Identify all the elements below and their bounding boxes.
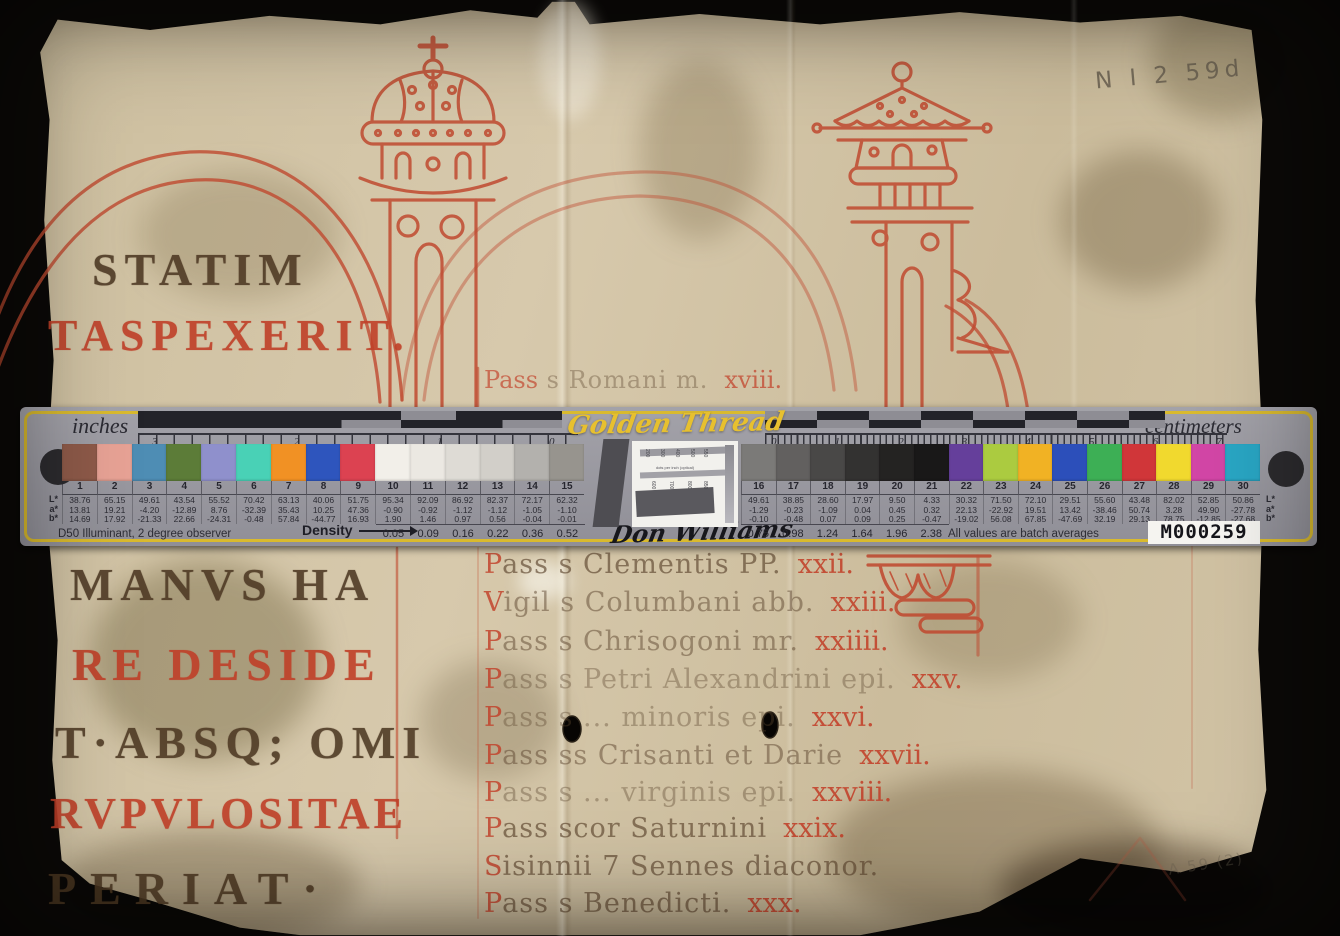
color-patch-cell: 2655.60-38.4632.19 <box>1087 444 1122 524</box>
calendar-entry: Pass s Clementis PP.xxii. <box>484 549 854 580</box>
patch-lab-value: 50.86 <box>1225 495 1260 505</box>
patch-number: 25 <box>1052 481 1087 495</box>
patch-lab-value: 22.13 <box>949 505 984 515</box>
inches-label: inches <box>72 413 128 439</box>
patch-lab-value: 56.08 <box>983 514 1018 524</box>
color-patch-19 <box>845 444 880 481</box>
patch-lab-value: -0.48 <box>236 514 271 524</box>
patch-lab-value: 32.19 <box>1087 514 1122 524</box>
patch-number: 5 <box>201 481 236 495</box>
color-patch-7 <box>271 444 306 481</box>
calibration-target-bar: inches centimeters 3210 01234567 Golden … <box>20 407 1317 546</box>
color-patch-cell: 2952.8549.90-12.85 <box>1191 444 1226 524</box>
color-patch-cell: 2529.5113.42-47.69 <box>1052 444 1087 524</box>
patch-lab-value: 10.25 <box>306 505 341 515</box>
color-patch-16 <box>741 444 776 481</box>
density-wedge-strip <box>765 411 1165 420</box>
dpi-label: 400 <box>674 449 680 457</box>
patch-number: 27 <box>1122 481 1157 495</box>
color-patch-17 <box>776 444 811 481</box>
color-patch-cell: 2371.50-22.9256.08 <box>983 444 1018 524</box>
patch-number: 22 <box>949 481 984 495</box>
manuscript-line: STATIM <box>92 243 309 296</box>
serial-number-plate: M000259 <box>1148 521 1260 544</box>
patch-lab-value: 4.33 <box>914 495 949 505</box>
density-value: 0.22 <box>480 528 515 540</box>
manuscript-line: T·ABSQ; OMI <box>55 716 427 769</box>
color-patch-5 <box>201 444 236 481</box>
patch-number: 29 <box>1191 481 1226 495</box>
color-patch-10 <box>375 444 410 481</box>
color-patch-cell: 2230.3222.13-19.02 <box>949 444 984 524</box>
dpi-caption: dots per inch (optical) <box>640 465 710 470</box>
patch-lab-value: 30.32 <box>949 495 984 505</box>
patch-lab-value: -1.12 <box>445 505 480 515</box>
color-patch-27 <box>1122 444 1157 481</box>
color-patch-cell: 1917.970.040.09 <box>845 444 880 524</box>
patch-number: 13 <box>480 481 515 495</box>
patch-lab-value: 1.46 <box>410 514 445 524</box>
color-patch-28 <box>1156 444 1191 481</box>
patch-number: 28 <box>1156 481 1191 495</box>
patch-lab-value: 29.51 <box>1052 495 1087 505</box>
patch-lab-value: 0.25 <box>879 514 914 524</box>
patch-lab-value: -0.01 <box>549 514 584 524</box>
patch-lab-value: -1.09 <box>810 505 845 515</box>
patch-number: 15 <box>549 481 584 495</box>
dpi-label: 700 <box>668 481 674 489</box>
patch-lab-value: 43.54 <box>166 495 201 505</box>
resolution-target: 200300400500550600700800850 dots per inc… <box>632 441 738 527</box>
color-patch-cell: 2882.023.2878.75 <box>1156 444 1191 524</box>
calendar-entry: Pass s Benedicti.xxx. <box>484 888 802 919</box>
patch-lab-value: 17.97 <box>845 495 880 505</box>
patch-lab-value: 40.06 <box>306 495 341 505</box>
manuscript-line: TASPEXERIT. <box>48 310 411 361</box>
resolution-bar <box>640 447 726 457</box>
color-patch-cell: 1828.60-1.090.07 <box>810 444 845 524</box>
patch-number: 6 <box>236 481 271 495</box>
manuscript-line: RVPVLOSITAE <box>50 788 407 839</box>
patch-lab-value: 49.61 <box>741 495 776 505</box>
patch-lab-value: 38.85 <box>776 495 811 505</box>
dpi-label: 500 <box>689 449 695 457</box>
lab-axis-labels-right: L*a*b* <box>1266 495 1282 524</box>
color-patch-9 <box>340 444 375 481</box>
registration-dot-right <box>1268 451 1304 487</box>
patch-lab-value: 71.50 <box>983 495 1018 505</box>
color-patch-cell: 1472.17-1.05-0.04 <box>514 444 549 524</box>
density-wedge-strip <box>765 420 1165 428</box>
color-patch-23 <box>983 444 1018 481</box>
patch-lab-value: -0.47 <box>914 514 949 524</box>
color-patch-row-left: 138.7613.8114.69265.1519.2117.92349.61-4… <box>62 444 584 524</box>
patch-lab-value: 65.15 <box>97 495 132 505</box>
patch-number: 19 <box>845 481 880 495</box>
color-patch-cell: 3050.86-27.78-27.68 <box>1225 444 1260 524</box>
patch-lab-value: 63.13 <box>271 495 306 505</box>
color-patch-25 <box>1052 444 1087 481</box>
patch-lab-value: -12.89 <box>166 505 201 515</box>
patch-lab-value: 49.61 <box>132 495 167 505</box>
color-patch-8 <box>306 444 341 481</box>
patch-lab-value: 0.09 <box>845 514 880 524</box>
patch-lab-value: -1.12 <box>480 505 515 515</box>
color-patch-20 <box>879 444 914 481</box>
density-value: 1.24 <box>810 528 845 540</box>
resolution-dark-bar <box>635 487 714 517</box>
resolution-bar <box>640 470 726 479</box>
patch-lab-value: -32.39 <box>236 505 271 515</box>
density-value: 0.36 <box>515 528 550 540</box>
patch-number: 24 <box>1018 481 1053 495</box>
patch-lab-value: -1.05 <box>514 505 549 515</box>
patch-lab-value: -19.02 <box>949 514 984 524</box>
patch-lab-value: 50.74 <box>1122 505 1157 515</box>
patch-lab-value: 43.48 <box>1122 495 1157 505</box>
patch-number: 10 <box>375 481 410 495</box>
patch-lab-value: 0.07 <box>810 514 845 524</box>
calendar-entry: Pass s Chrisogoni mr.xxiiii. <box>484 626 889 657</box>
patch-lab-value: -0.92 <box>410 505 445 515</box>
density-value: 0.75 <box>741 528 776 540</box>
patch-lab-value: 51.75 <box>340 495 375 505</box>
density-value: 1.64 <box>845 528 880 540</box>
patch-lab-value: 67.85 <box>1018 514 1053 524</box>
patch-lab-value: 57.84 <box>271 514 306 524</box>
density-wedge-strip <box>138 411 562 420</box>
color-patch-cell: 1562.32-1.10-0.01 <box>549 444 584 524</box>
color-patch-cell: 555.528.76-24.31 <box>201 444 236 524</box>
color-patch-cell: 1095.34-0.901.90 <box>375 444 410 524</box>
color-patch-4 <box>166 444 201 481</box>
patch-lab-value: 0.32 <box>914 505 949 515</box>
patch-lab-value: -27.78 <box>1225 505 1260 515</box>
patch-number: 23 <box>983 481 1018 495</box>
density-value: 0.52 <box>550 528 585 540</box>
patch-number: 9 <box>340 481 375 495</box>
patch-lab-value: 62.32 <box>549 495 584 505</box>
color-patch-cell: 951.7547.3616.93 <box>340 444 375 524</box>
color-patch-cell: 840.0610.25-44.77 <box>306 444 341 524</box>
patch-lab-value: 13.81 <box>62 505 97 515</box>
patch-lab-value: 38.76 <box>62 495 97 505</box>
patch-lab-value: -21.33 <box>132 514 167 524</box>
color-patch-cell: 214.330.32-0.47 <box>914 444 949 524</box>
patch-lab-value: -0.04 <box>514 514 549 524</box>
resolution-wedge <box>725 445 734 523</box>
patch-number: 20 <box>879 481 914 495</box>
manuscript-photo: STATIM TASPEXERIT. MANVS HA RE DESIDE T·… <box>0 0 1340 936</box>
patch-lab-value: 14.69 <box>62 514 97 524</box>
dpi-label: 850 <box>702 481 708 489</box>
manuscript-line: RE DESIDE <box>72 638 382 691</box>
slanted-edge-patch <box>593 439 630 527</box>
calendar-entry: Sisinnii 7 Sennes diaconor. <box>484 851 895 882</box>
calendar-entry: Pass ss Crisanti et Dariexxvii. <box>484 740 931 771</box>
density-value: 2.38 <box>914 528 949 540</box>
color-patch-cell: 443.54-12.8922.66 <box>166 444 201 524</box>
patch-lab-value: 13.42 <box>1052 505 1087 515</box>
patch-number: 12 <box>445 481 480 495</box>
color-patch-cell: 1382.37-1.120.56 <box>480 444 515 524</box>
color-patch-24 <box>1018 444 1053 481</box>
patch-lab-value: -1.10 <box>549 505 584 515</box>
dpi-label: 800 <box>686 481 692 489</box>
patch-lab-value: 92.09 <box>410 495 445 505</box>
color-patch-cell: 209.500.450.25 <box>879 444 914 524</box>
density-value: 0.16 <box>446 528 481 540</box>
patch-number: 7 <box>271 481 306 495</box>
density-values-left: 0.050.090.160.220.360.52 <box>376 524 585 540</box>
color-patch-26 <box>1087 444 1122 481</box>
color-patch-cell: 1738.85-0.23-0.48 <box>776 444 811 524</box>
dpi-label: 300 <box>659 449 665 457</box>
patch-lab-value: -24.31 <box>201 514 236 524</box>
color-patch-12 <box>445 444 480 481</box>
color-patch-cell: 2743.4850.7429.13 <box>1122 444 1157 524</box>
patch-number: 18 <box>810 481 845 495</box>
patch-lab-value: 19.21 <box>97 505 132 515</box>
patch-number: 4 <box>166 481 201 495</box>
color-patch-18 <box>810 444 845 481</box>
color-patch-15 <box>549 444 584 481</box>
illuminant-note: D50 Illuminant, 2 degree observer <box>58 528 231 540</box>
color-patch-30 <box>1225 444 1260 481</box>
color-patch-row-right: 1649.61-1.29-0.101738.85-0.23-0.481828.6… <box>741 444 1260 524</box>
color-patch-29 <box>1191 444 1226 481</box>
patch-lab-value: 95.34 <box>375 495 410 505</box>
patch-number: 17 <box>776 481 811 495</box>
density-value: 0.05 <box>376 528 411 540</box>
patch-lab-value: 86.92 <box>445 495 480 505</box>
dpi-label: 600 <box>650 481 656 489</box>
color-patch-cell: 670.42-32.39-0.48 <box>236 444 271 524</box>
patch-lab-value: 0.45 <box>879 505 914 515</box>
patch-lab-value: 72.10 <box>1018 495 1053 505</box>
patch-lab-value: 49.90 <box>1191 505 1226 515</box>
right-tower-drawing <box>813 63 1008 408</box>
patch-number: 14 <box>514 481 549 495</box>
density-value: 0.09 <box>411 528 446 540</box>
density-value: 1.96 <box>879 528 914 540</box>
color-patch-6 <box>236 444 271 481</box>
patch-number: 21 <box>914 481 949 495</box>
patch-lab-value: 9.50 <box>879 495 914 505</box>
calendar-entry: Pass s ... virginis epi.xxviii. <box>484 777 892 808</box>
color-patch-cell: 763.1335.4357.84 <box>271 444 306 524</box>
manuscript-line: PERIAT· <box>48 862 332 915</box>
dpi-label: 200 <box>644 449 650 457</box>
patch-number: 26 <box>1087 481 1122 495</box>
patch-lab-value: 82.02 <box>1156 495 1191 505</box>
color-patch-22 <box>949 444 984 481</box>
patch-lab-value: -47.69 <box>1052 514 1087 524</box>
color-patch-11 <box>410 444 445 481</box>
patch-lab-value: -22.92 <box>983 505 1018 515</box>
calendar-entry: Pass s ... minoris epi.xxvi. <box>484 702 875 733</box>
patch-lab-value: 28.60 <box>810 495 845 505</box>
calendar-entry: Pass scor Saturninixxix. <box>484 813 846 844</box>
color-patch-cell: 138.7613.8114.69 <box>62 444 97 524</box>
calendar-entry: Vigil s Columbani abb.xxiii. <box>484 587 895 618</box>
manuscript-line: MANVS HA <box>70 558 375 611</box>
patch-lab-value: 8.76 <box>201 505 236 515</box>
patch-lab-value: 82.37 <box>480 495 515 505</box>
patch-lab-value: 72.17 <box>514 495 549 505</box>
patch-number: 16 <box>741 481 776 495</box>
density-values-right: 0.750.981.241.641.962.38 <box>741 524 949 540</box>
patch-lab-value: 22.66 <box>166 514 201 524</box>
patch-lab-value: 0.56 <box>480 514 515 524</box>
patch-lab-value: -0.23 <box>776 505 811 515</box>
patch-lab-value: 0.04 <box>845 505 880 515</box>
patch-lab-value: -4.20 <box>132 505 167 515</box>
patch-number: 1 <box>62 481 97 495</box>
patch-lab-value: 35.43 <box>271 505 306 515</box>
golden-thread-logo: Golden Thread <box>565 407 786 441</box>
color-patch-14 <box>514 444 549 481</box>
color-patch-cell: 349.61-4.20-21.33 <box>132 444 167 524</box>
color-patch-cell: 1649.61-1.29-0.10 <box>741 444 776 524</box>
patch-number: 11 <box>410 481 445 495</box>
patch-lab-value: 17.92 <box>97 514 132 524</box>
color-patch-2 <box>97 444 132 481</box>
color-patch-21 <box>914 444 949 481</box>
calendar-entry: Pass s Petri Alexandrini epi.xxv. <box>484 664 963 695</box>
patch-lab-value: -38.46 <box>1087 505 1122 515</box>
color-patch-1 <box>62 444 97 481</box>
patch-number: 3 <box>132 481 167 495</box>
patch-lab-value: 3.28 <box>1156 505 1191 515</box>
batch-note: All values are batch averages <box>948 528 1099 540</box>
patch-lab-value: 19.51 <box>1018 505 1053 515</box>
patch-lab-value: -0.90 <box>375 505 410 515</box>
patch-lab-value: 52.85 <box>1191 495 1226 505</box>
color-patch-13 <box>480 444 515 481</box>
patch-lab-value: 70.42 <box>236 495 271 505</box>
patch-lab-value: 47.36 <box>340 505 375 515</box>
density-value: 0.98 <box>776 528 811 540</box>
patch-lab-value: 55.52 <box>201 495 236 505</box>
color-patch-3 <box>132 444 167 481</box>
color-patch-cell: 265.1519.2117.92 <box>97 444 132 524</box>
patch-number: 2 <box>97 481 132 495</box>
color-patch-cell: 2472.1019.5167.85 <box>1018 444 1053 524</box>
lab-axis-labels-left: L*a*b* <box>42 495 58 524</box>
color-patch-cell: 1192.09-0.921.46 <box>410 444 445 524</box>
patch-lab-value: -1.29 <box>741 505 776 515</box>
density-wedge-strip <box>138 420 562 428</box>
color-patch-cell: 1286.92-1.120.97 <box>445 444 480 524</box>
dpi-label: 550 <box>702 449 708 457</box>
patch-lab-value: 0.97 <box>445 514 480 524</box>
calendar-entry: Pass s Romani m.xviii. <box>484 366 782 394</box>
patch-number: 30 <box>1225 481 1260 495</box>
patch-lab-value: 55.60 <box>1087 495 1122 505</box>
patch-number: 8 <box>306 481 341 495</box>
